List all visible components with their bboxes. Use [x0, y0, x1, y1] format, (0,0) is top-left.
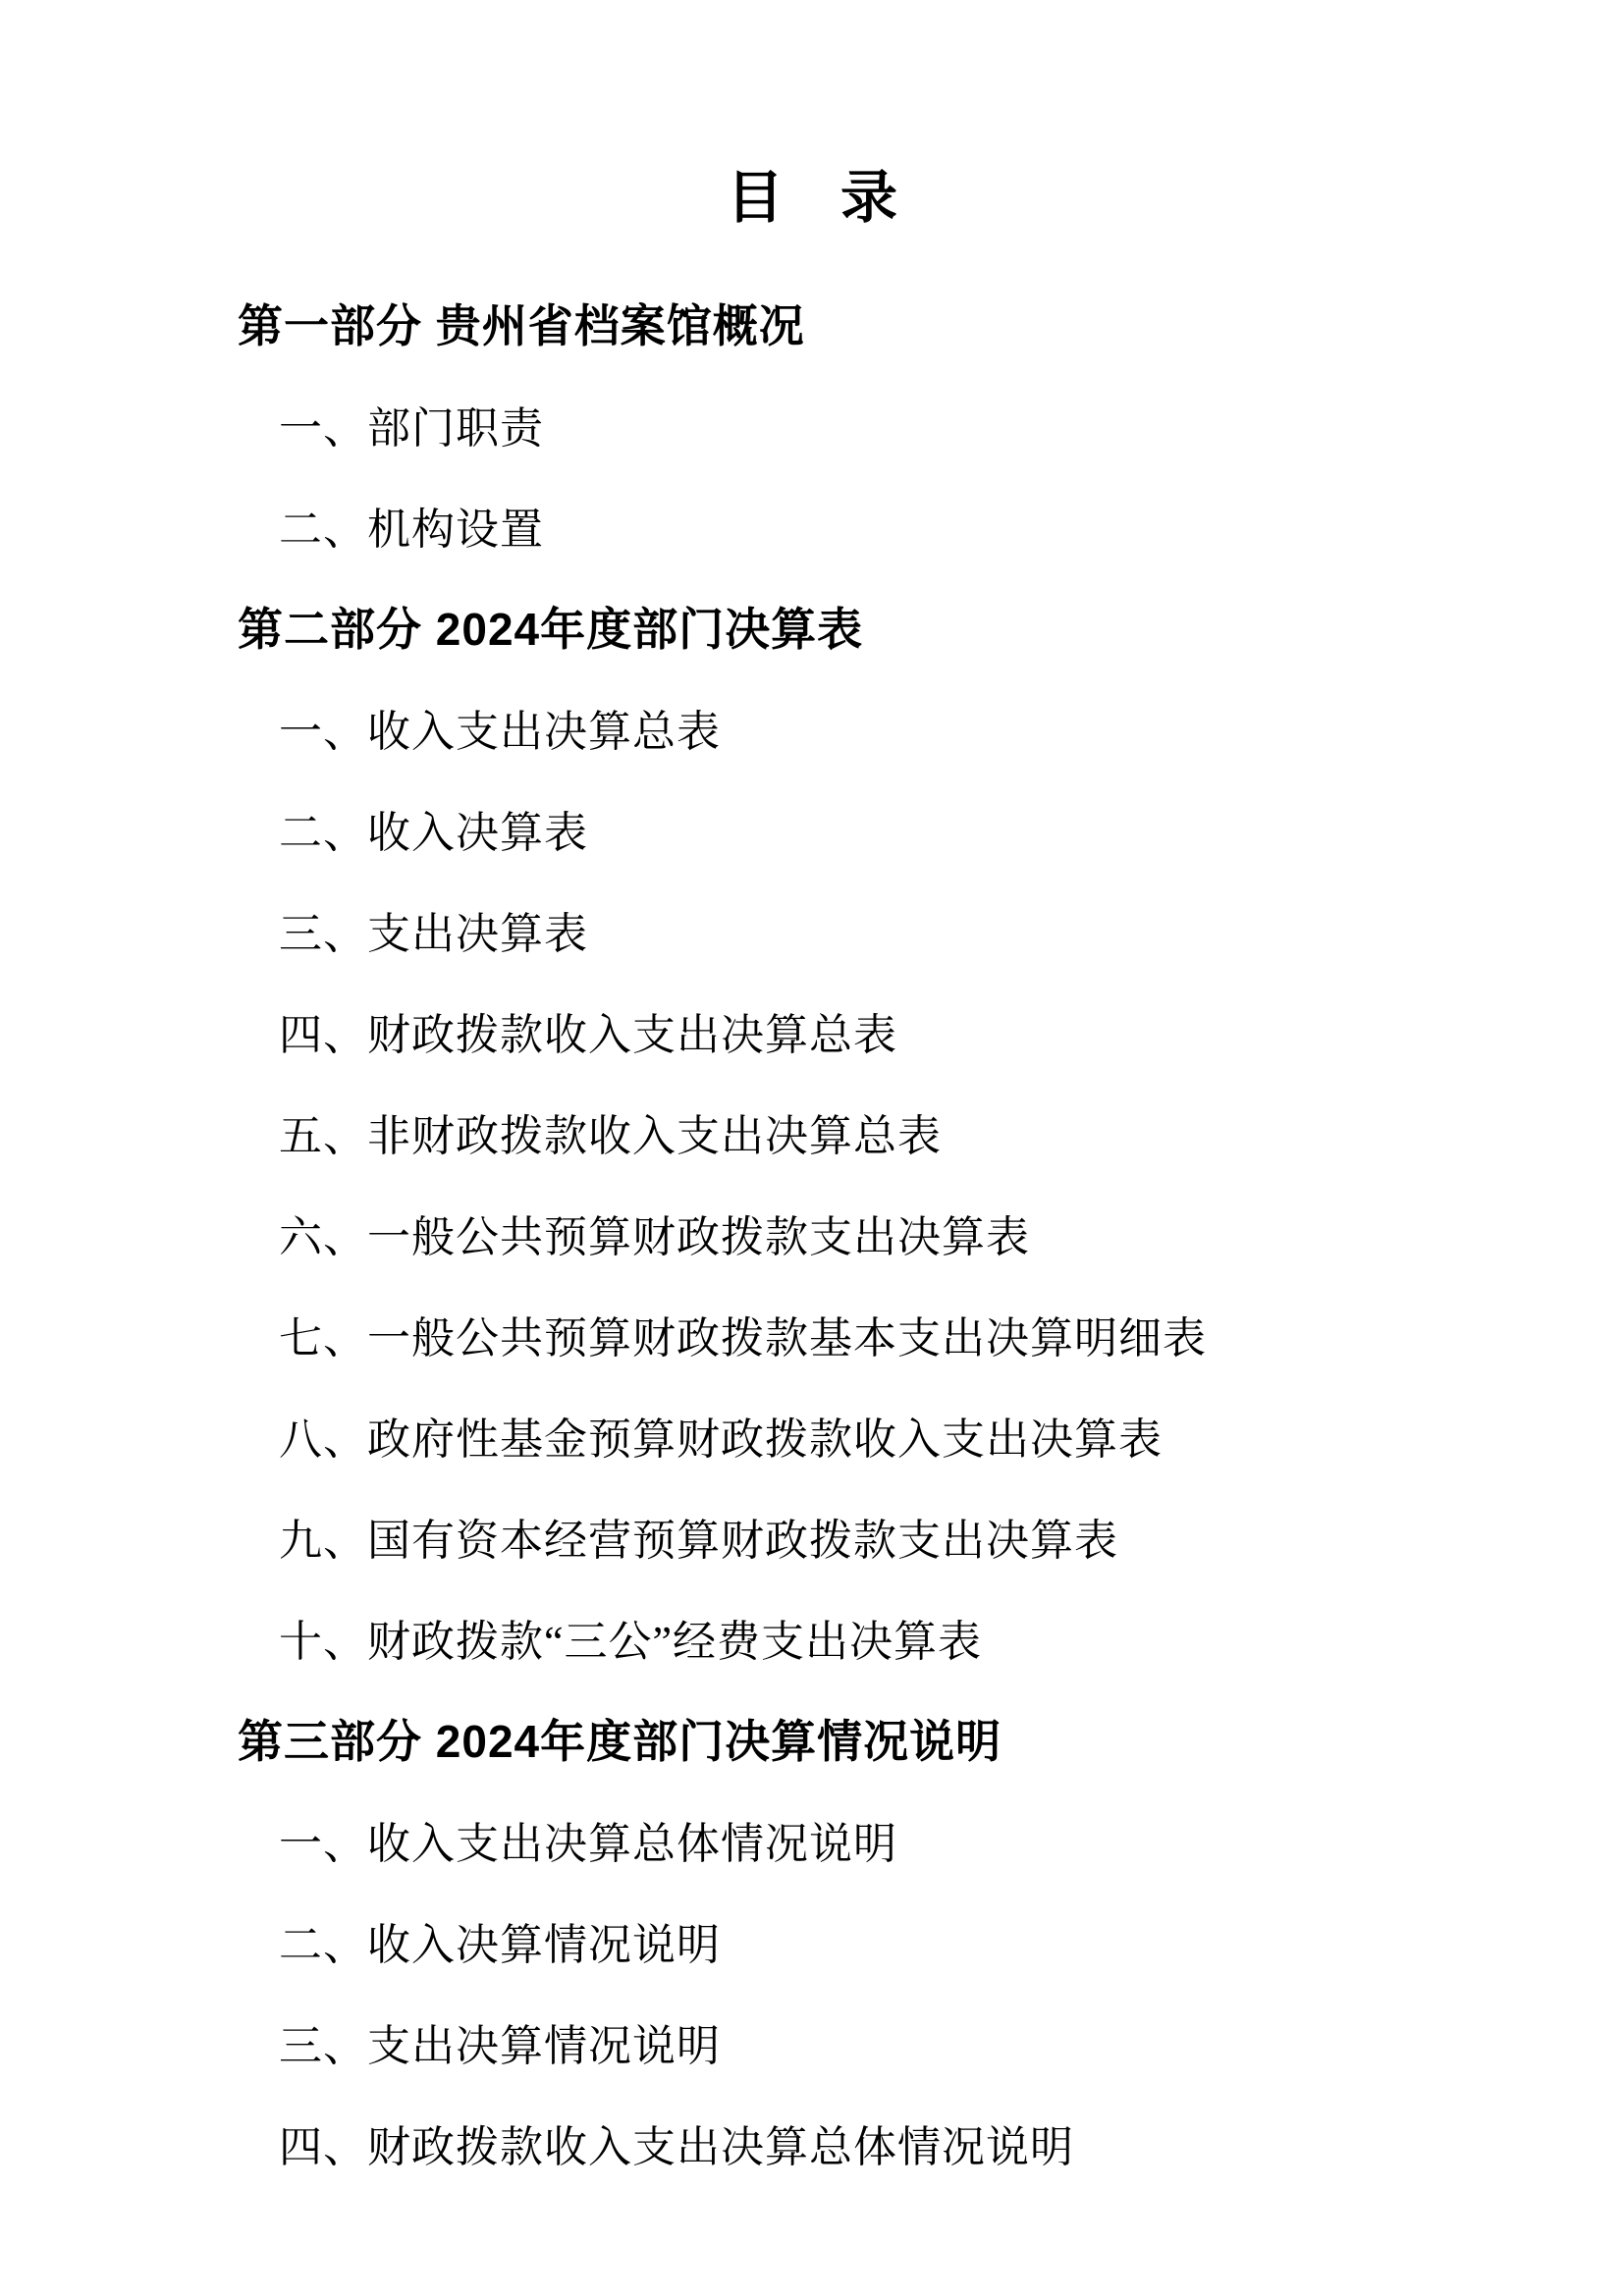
toc-item-part3-2: 二、收入决算情况说明: [0, 1890, 1624, 1991]
toc-page: 目 录 第一部分 贵州省档案馆概况 一、部门职责 二、机构设置 第二部分 202…: [0, 0, 1624, 2296]
toc-item-part2-6: 六、一般公共预算财政拨款支出决算表: [0, 1182, 1624, 1283]
page-title: 目 录: [0, 170, 1624, 227]
toc-item-part2-3: 三、支出决算表: [0, 879, 1624, 980]
toc-item-part2-8: 八、政府性基金预算财政拨款收入支出决算表: [0, 1384, 1624, 1485]
toc-item-part2-4: 四、财政拨款收入支出决算总表: [0, 980, 1624, 1081]
toc-item-part3-4: 四、财政拨款收入支出决算总体情况说明: [0, 2092, 1624, 2193]
section-heading-part2: 第二部分 2024年度部门决算表: [0, 575, 1624, 676]
toc-item-part3-3: 三、支出决算情况说明: [0, 1991, 1624, 2092]
toc-item-part2-10: 十、财政拨款“三公”经费支出决算表: [0, 1586, 1624, 1687]
toc-item-part2-9: 九、国有资本经营预算财政拨款支出决算表: [0, 1485, 1624, 1586]
toc-item-part1-1: 一、部门职责: [0, 373, 1624, 474]
section-heading-part3: 第三部分 2024年度部门决算情况说明: [0, 1687, 1624, 1789]
toc-item-part3-1: 一、收入支出决算总体情况说明: [0, 1789, 1624, 1890]
section-heading-part1: 第一部分 贵州省档案馆概况: [0, 272, 1624, 373]
toc-item-part2-2: 二、收入决算表: [0, 777, 1624, 879]
toc-item-part2-1: 一、收入支出决算总表: [0, 676, 1624, 777]
toc-item-part1-2: 二、机构设置: [0, 474, 1624, 575]
toc-item-part2-5: 五、非财政拨款收入支出决算总表: [0, 1081, 1624, 1182]
toc-item-part2-7: 七、一般公共预算财政拨款基本支出决算明细表: [0, 1283, 1624, 1384]
